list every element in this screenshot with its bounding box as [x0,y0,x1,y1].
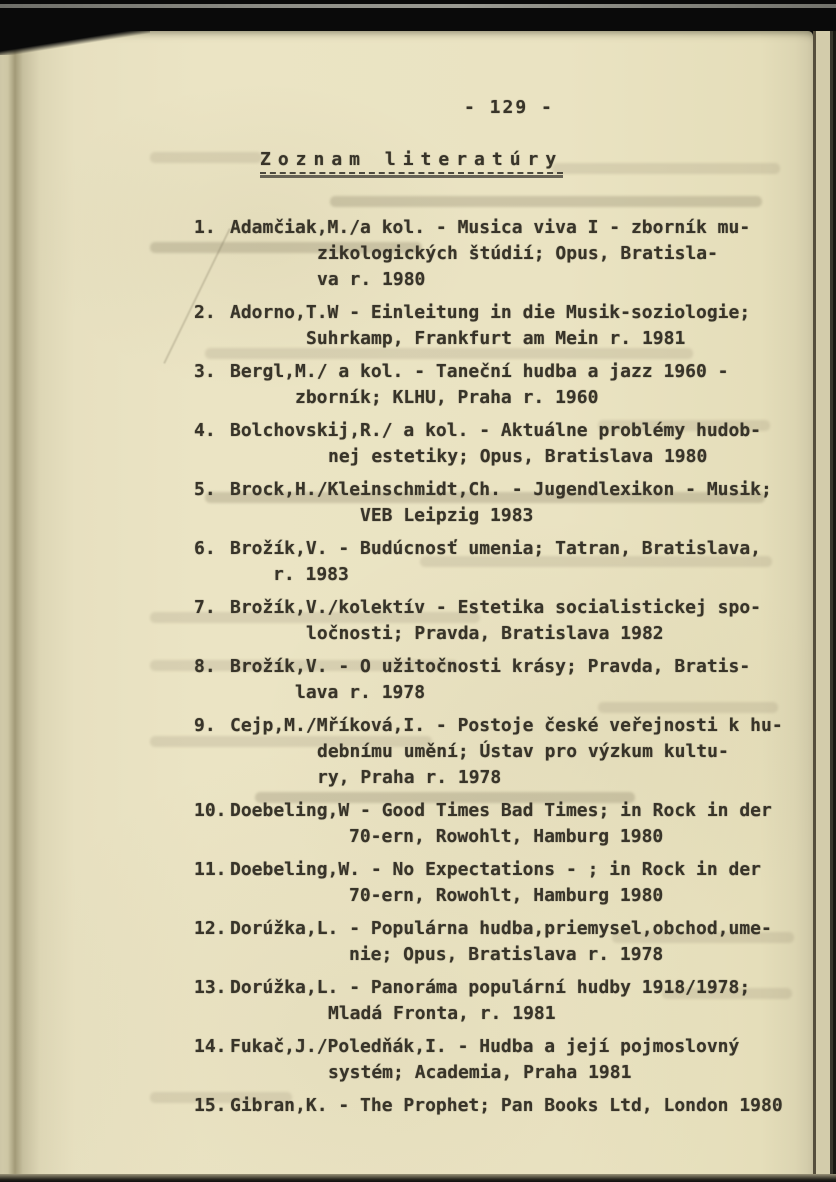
entry-text: Adorno,T.W - Einleitung in die Musik-soz… [230,300,805,352]
entry-text: Brock,H./Kleinschmidt,Ch. - Jugendlexiko… [230,477,805,529]
entry-line: 70-ern, Rowohlt, Hamburg 1980 [230,883,805,909]
entry-line: debnímu umění; Ústav pro výzkum kultu- [230,739,805,765]
bibliography-entry: 4.Bolchovskij,R./ a kol. - Aktuálne prob… [194,418,805,470]
entry-number: 9. [194,713,230,791]
entry-line: Dorúžka,L. - Panoráma populární hudby 19… [230,975,805,1001]
page-right-edge [813,31,836,1182]
entry-line: Gibran,K. - The Prophet; Pan Books Ltd, … [230,1093,805,1119]
entry-text: Doebeling,W - Good Times Bad Times; in R… [230,798,805,850]
entry-line: r. 1983 [230,562,805,588]
scanner-bed-top [0,0,836,31]
entry-text: Doebeling,W. - No Expectations - ; in Ro… [230,857,805,909]
bibliography-entry: 3.Bergl,M./ a kol. - Taneční hudba a jaz… [194,359,805,411]
entry-number: 15. [194,1093,230,1119]
entry-number: 14. [194,1034,230,1086]
entry-number: 7. [194,595,230,647]
entry-text: Brožík,V. - O užitočnosti krásy; Pravda,… [230,654,805,706]
bibliography-entry: 2.Adorno,T.W - Einleitung in die Musik-s… [194,300,805,352]
entry-line: Mladá Fronta, r. 1981 [230,1001,805,1027]
entry-text: Dorúžka,L. - Populárna hudba,priemysel,o… [230,916,805,968]
entry-line: Brožík,V./kolektív - Estetika socialisti… [230,595,805,621]
entry-line: VEB Leipzig 1983 [230,503,805,529]
entry-line: Doebeling,W - Good Times Bad Times; in R… [230,798,805,824]
entry-line: lava r. 1978 [230,680,805,706]
entry-number: 2. [194,300,230,352]
entry-line: Adamčiak,M./a kol. - Musica viva I - zbo… [230,215,805,241]
entry-line: Suhrkamp, Frankfurt am Mein r. 1981 [230,326,805,352]
bibliography-entry: 5.Brock,H./Kleinschmidt,Ch. - Jugendlexi… [194,477,805,529]
scanner-bed-highlight [0,4,836,8]
entry-line: 70-ern, Rowohlt, Hamburg 1980 [230,824,805,850]
scanned-page: - 129 - Zoznam literatúry 1.Adamčiak,M./… [0,31,813,1174]
entry-number: 13. [194,975,230,1027]
entry-text: Brožík,V. - Budúcnosť umenia; Tatran, Br… [230,536,805,588]
entry-line: Bolchovskij,R./ a kol. - Aktuálne problé… [230,418,805,444]
bibliography-entry: 8.Brožík,V. - O užitočnosti krásy; Pravd… [194,654,805,706]
bleed-through-smudge [552,163,780,174]
entry-number: 12. [194,916,230,968]
page-number: - 129 - [464,97,554,118]
entry-number: 10. [194,798,230,850]
entry-line: nej estetiky; Opus, Bratislava 1980 [230,444,805,470]
scanned-document: - 129 - Zoznam literatúry 1.Adamčiak,M./… [0,0,836,1182]
bibliography-entry: 14.Fukač,J./Poledňák,I. - Hudba a její p… [194,1034,805,1086]
entry-line: Doebeling,W. - No Expectations - ; in Ro… [230,857,805,883]
entry-number: 8. [194,654,230,706]
entry-text: Fukač,J./Poledňák,I. - Hudba a její pojm… [230,1034,805,1086]
bibliography-entry: 12.Dorúžka,L. - Populárna hudba,priemyse… [194,916,805,968]
entry-line: nie; Opus, Bratislava r. 1978 [230,942,805,968]
entry-text: Bergl,M./ a kol. - Taneční hudba a jazz … [230,359,805,411]
bibliography-entry: 1.Adamčiak,M./a kol. - Musica viva I - z… [194,215,805,293]
bleed-through-smudge [150,152,262,163]
entry-text: Adamčiak,M./a kol. - Musica viva I - zbo… [230,215,805,293]
entry-line: Bergl,M./ a kol. - Taneční hudba a jazz … [230,359,805,385]
entry-line: Fukač,J./Poledňák,I. - Hudba a její pojm… [230,1034,805,1060]
entry-text: Bolchovskij,R./ a kol. - Aktuálne problé… [230,418,805,470]
section-title: Zoznam literatúry [260,149,563,178]
entry-line: zikologických štúdií; Opus, Bratisla- [230,241,805,267]
entry-line: Cejp,M./Mříková,I. - Postoje české veřej… [230,713,805,739]
bibliography-entry: 6.Brožík,V. - Budúcnosť umenia; Tatran, … [194,536,805,588]
entry-line: Adorno,T.W - Einleitung in die Musik-soz… [230,300,805,326]
bibliography-entry: 9.Cejp,M./Mříková,I. - Postoje české veř… [194,713,805,791]
entry-line: Brožík,V. - Budúcnosť umenia; Tatran, Br… [230,536,805,562]
entry-number: 4. [194,418,230,470]
entry-line: va r. 1980 [230,267,805,293]
entry-line: systém; Academia, Praha 1981 [230,1060,805,1086]
section-title-text: Zoznam literatúry [260,149,563,174]
entry-number: 6. [194,536,230,588]
entry-text: Gibran,K. - The Prophet; Pan Books Ltd, … [230,1093,805,1119]
page-corner-shadow [0,31,150,55]
entry-line: Brock,H./Kleinschmidt,Ch. - Jugendlexiko… [230,477,805,503]
page-bottom-edge [0,1174,836,1182]
bibliography-entry: 11.Doebeling,W. - No Expectations - ; in… [194,857,805,909]
bibliography-entry: 10.Doebeling,W - Good Times Bad Times; i… [194,798,805,850]
entry-number: 11. [194,857,230,909]
bibliography-entry: 13.Dorúžka,L. - Panoráma populární hudby… [194,975,805,1027]
entry-number: 3. [194,359,230,411]
bleed-through-smudge [330,196,762,207]
entry-text: Brožík,V./kolektív - Estetika socialisti… [230,595,805,647]
entry-line: Dorúžka,L. - Populárna hudba,priemysel,o… [230,916,805,942]
entry-text: Dorúžka,L. - Panoráma populární hudby 19… [230,975,805,1027]
entry-number: 1. [194,215,230,293]
entry-number: 5. [194,477,230,529]
bibliography-entry: 7.Brožík,V./kolektív - Estetika socialis… [194,595,805,647]
bibliography-list: 1.Adamčiak,M./a kol. - Musica viva I - z… [194,215,805,1126]
entry-line: zborník; KLHU, Praha r. 1960 [230,385,805,411]
entry-line: Brožík,V. - O užitočnosti krásy; Pravda,… [230,654,805,680]
bibliography-entry: 15.Gibran,K. - The Prophet; Pan Books Lt… [194,1093,805,1119]
entry-line: ry, Praha r. 1978 [230,765,805,791]
entry-text: Cejp,M./Mříková,I. - Postoje české veřej… [230,713,805,791]
entry-line: ločnosti; Pravda, Bratislava 1982 [230,621,805,647]
